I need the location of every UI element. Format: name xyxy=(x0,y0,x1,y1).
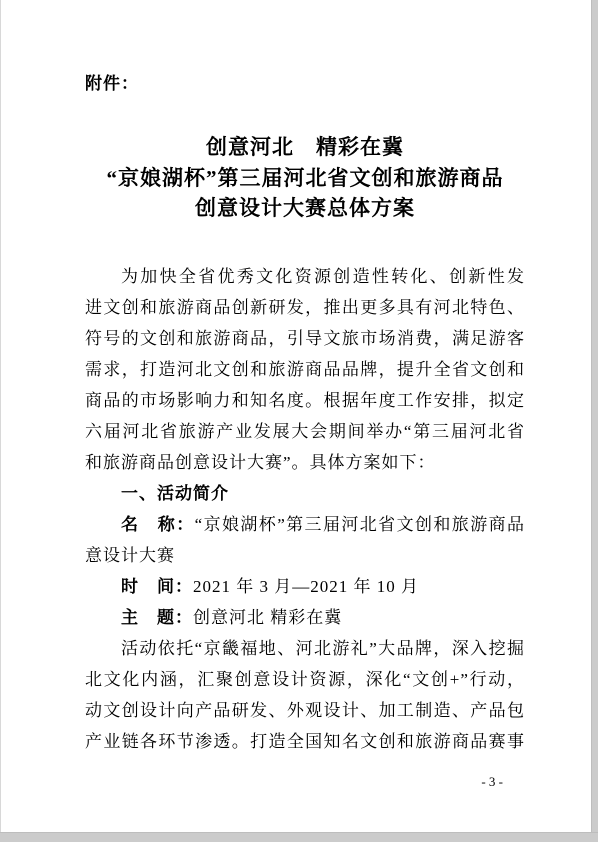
bold-label: 名 称： xyxy=(121,515,195,534)
body-line: 一、活动简介 xyxy=(85,478,525,509)
body-line: 动文创设计向产品研发、外观设计、加工制造、产品包装等 xyxy=(85,695,525,726)
body-segment: 动文创设计向产品研发、外观设计、加工制造、产品包装等 xyxy=(85,701,525,726)
body-segment: 产业链各环节渗透。打造全国知名文创和旅游商品赛事活 xyxy=(85,732,525,757)
body-line: 活动依托“京畿福地、河北游礼”大品牌，深入挖掘河 xyxy=(85,633,525,664)
body-line: 商品的市场影响力和知名度。根据年度工作安排，拟定于第 xyxy=(85,385,525,416)
body-line: 符号的文创和旅游商品，引导文旅市场消费，满足游客购物 xyxy=(85,323,525,354)
document-title: 创意河北 精彩在冀“京娘湖杯”第三届河北省文创和旅游商品创意设计大赛总体方案 xyxy=(85,132,525,224)
body-line: 北文化内涵，汇聚创意设计资源，深化“文创+”行动，推 xyxy=(85,664,525,695)
body-line: 和旅游商品创意设计大赛”。具体方案如下： xyxy=(85,447,525,478)
body-segment: 需求，打造河北文创和旅游商品品牌，提升全省文创和旅游 xyxy=(85,360,525,385)
page-edge-shadow-right xyxy=(591,0,598,842)
body-line: 需求，打造河北文创和旅游商品品牌，提升全省文创和旅游 xyxy=(85,354,525,385)
attachment-label: 附件： xyxy=(85,74,139,94)
body-line: 产业链各环节渗透。打造全国知名文创和旅游商品赛事活 xyxy=(85,726,525,757)
body-segment: 符号的文创和旅游商品，引导文旅市场消费，满足游客购物 xyxy=(85,329,525,354)
body-line: 主 题：创意河北 精彩在冀 xyxy=(85,602,525,633)
body-line: 时 间：2021 年 3 月—2021 年 10 月 xyxy=(85,571,525,602)
body-line: 意设计大赛 xyxy=(85,540,525,571)
bold-label: 一、活动简介 xyxy=(121,484,229,503)
title-line: 创意河北 精彩在冀 xyxy=(85,132,525,163)
body-segment: 活动依托“京畿福地、河北游礼”大品牌，深入挖掘河 xyxy=(85,639,525,664)
bold-label: 时 间： xyxy=(121,577,193,596)
body-text: 为加快全省优秀文化资源创造性转化、创新性发展，促进文创和旅游商品创新研发，推出更… xyxy=(85,261,525,757)
body-line: 名 称：“京娘湖杯”第三届河北省文创和旅游商品创 xyxy=(85,509,525,540)
page-number: - 3 - xyxy=(403,774,503,790)
body-segment: 创意河北 精彩在冀 xyxy=(193,608,342,627)
page-edge-shadow-bottom xyxy=(0,832,598,842)
body-segment: 2021 年 3 月—2021 年 10 月 xyxy=(193,577,419,596)
body-segment: 进文创和旅游商品创新研发，推出更多具有河北特色、河北 xyxy=(85,298,525,323)
page-edge-left xyxy=(0,0,1,842)
title-line: “京娘湖杯”第三届河北省文创和旅游商品 xyxy=(85,163,525,194)
body-line: 进文创和旅游商品创新研发，推出更多具有河北特色、河北 xyxy=(85,292,525,323)
body-line: 为加快全省优秀文化资源创造性转化、创新性发展，促 xyxy=(85,261,525,292)
body-segment: 为加快全省优秀文化资源创造性转化、创新性发展，促 xyxy=(85,267,525,292)
title-line: 创意设计大赛总体方案 xyxy=(85,193,525,224)
body-segment: 商品的市场影响力和知名度。根据年度工作安排，拟定于第 xyxy=(85,391,525,416)
bold-label: 主 题： xyxy=(121,608,193,627)
document-page: 附件： 创意河北 精彩在冀“京娘湖杯”第三届河北省文创和旅游商品创意设计大赛总体… xyxy=(0,0,598,842)
body-segment: 意设计大赛 xyxy=(85,546,175,565)
body-segment: 北文化内涵，汇聚创意设计资源，深化“文创+”行动，推 xyxy=(85,670,525,695)
body-line: 六届河北省旅游产业发展大会期间举办“第三届河北省文创 xyxy=(85,416,525,447)
body-segment: 和旅游商品创意设计大赛”。具体方案如下： xyxy=(85,453,436,472)
body-segment: 六届河北省旅游产业发展大会期间举办“第三届河北省文创 xyxy=(85,422,525,447)
